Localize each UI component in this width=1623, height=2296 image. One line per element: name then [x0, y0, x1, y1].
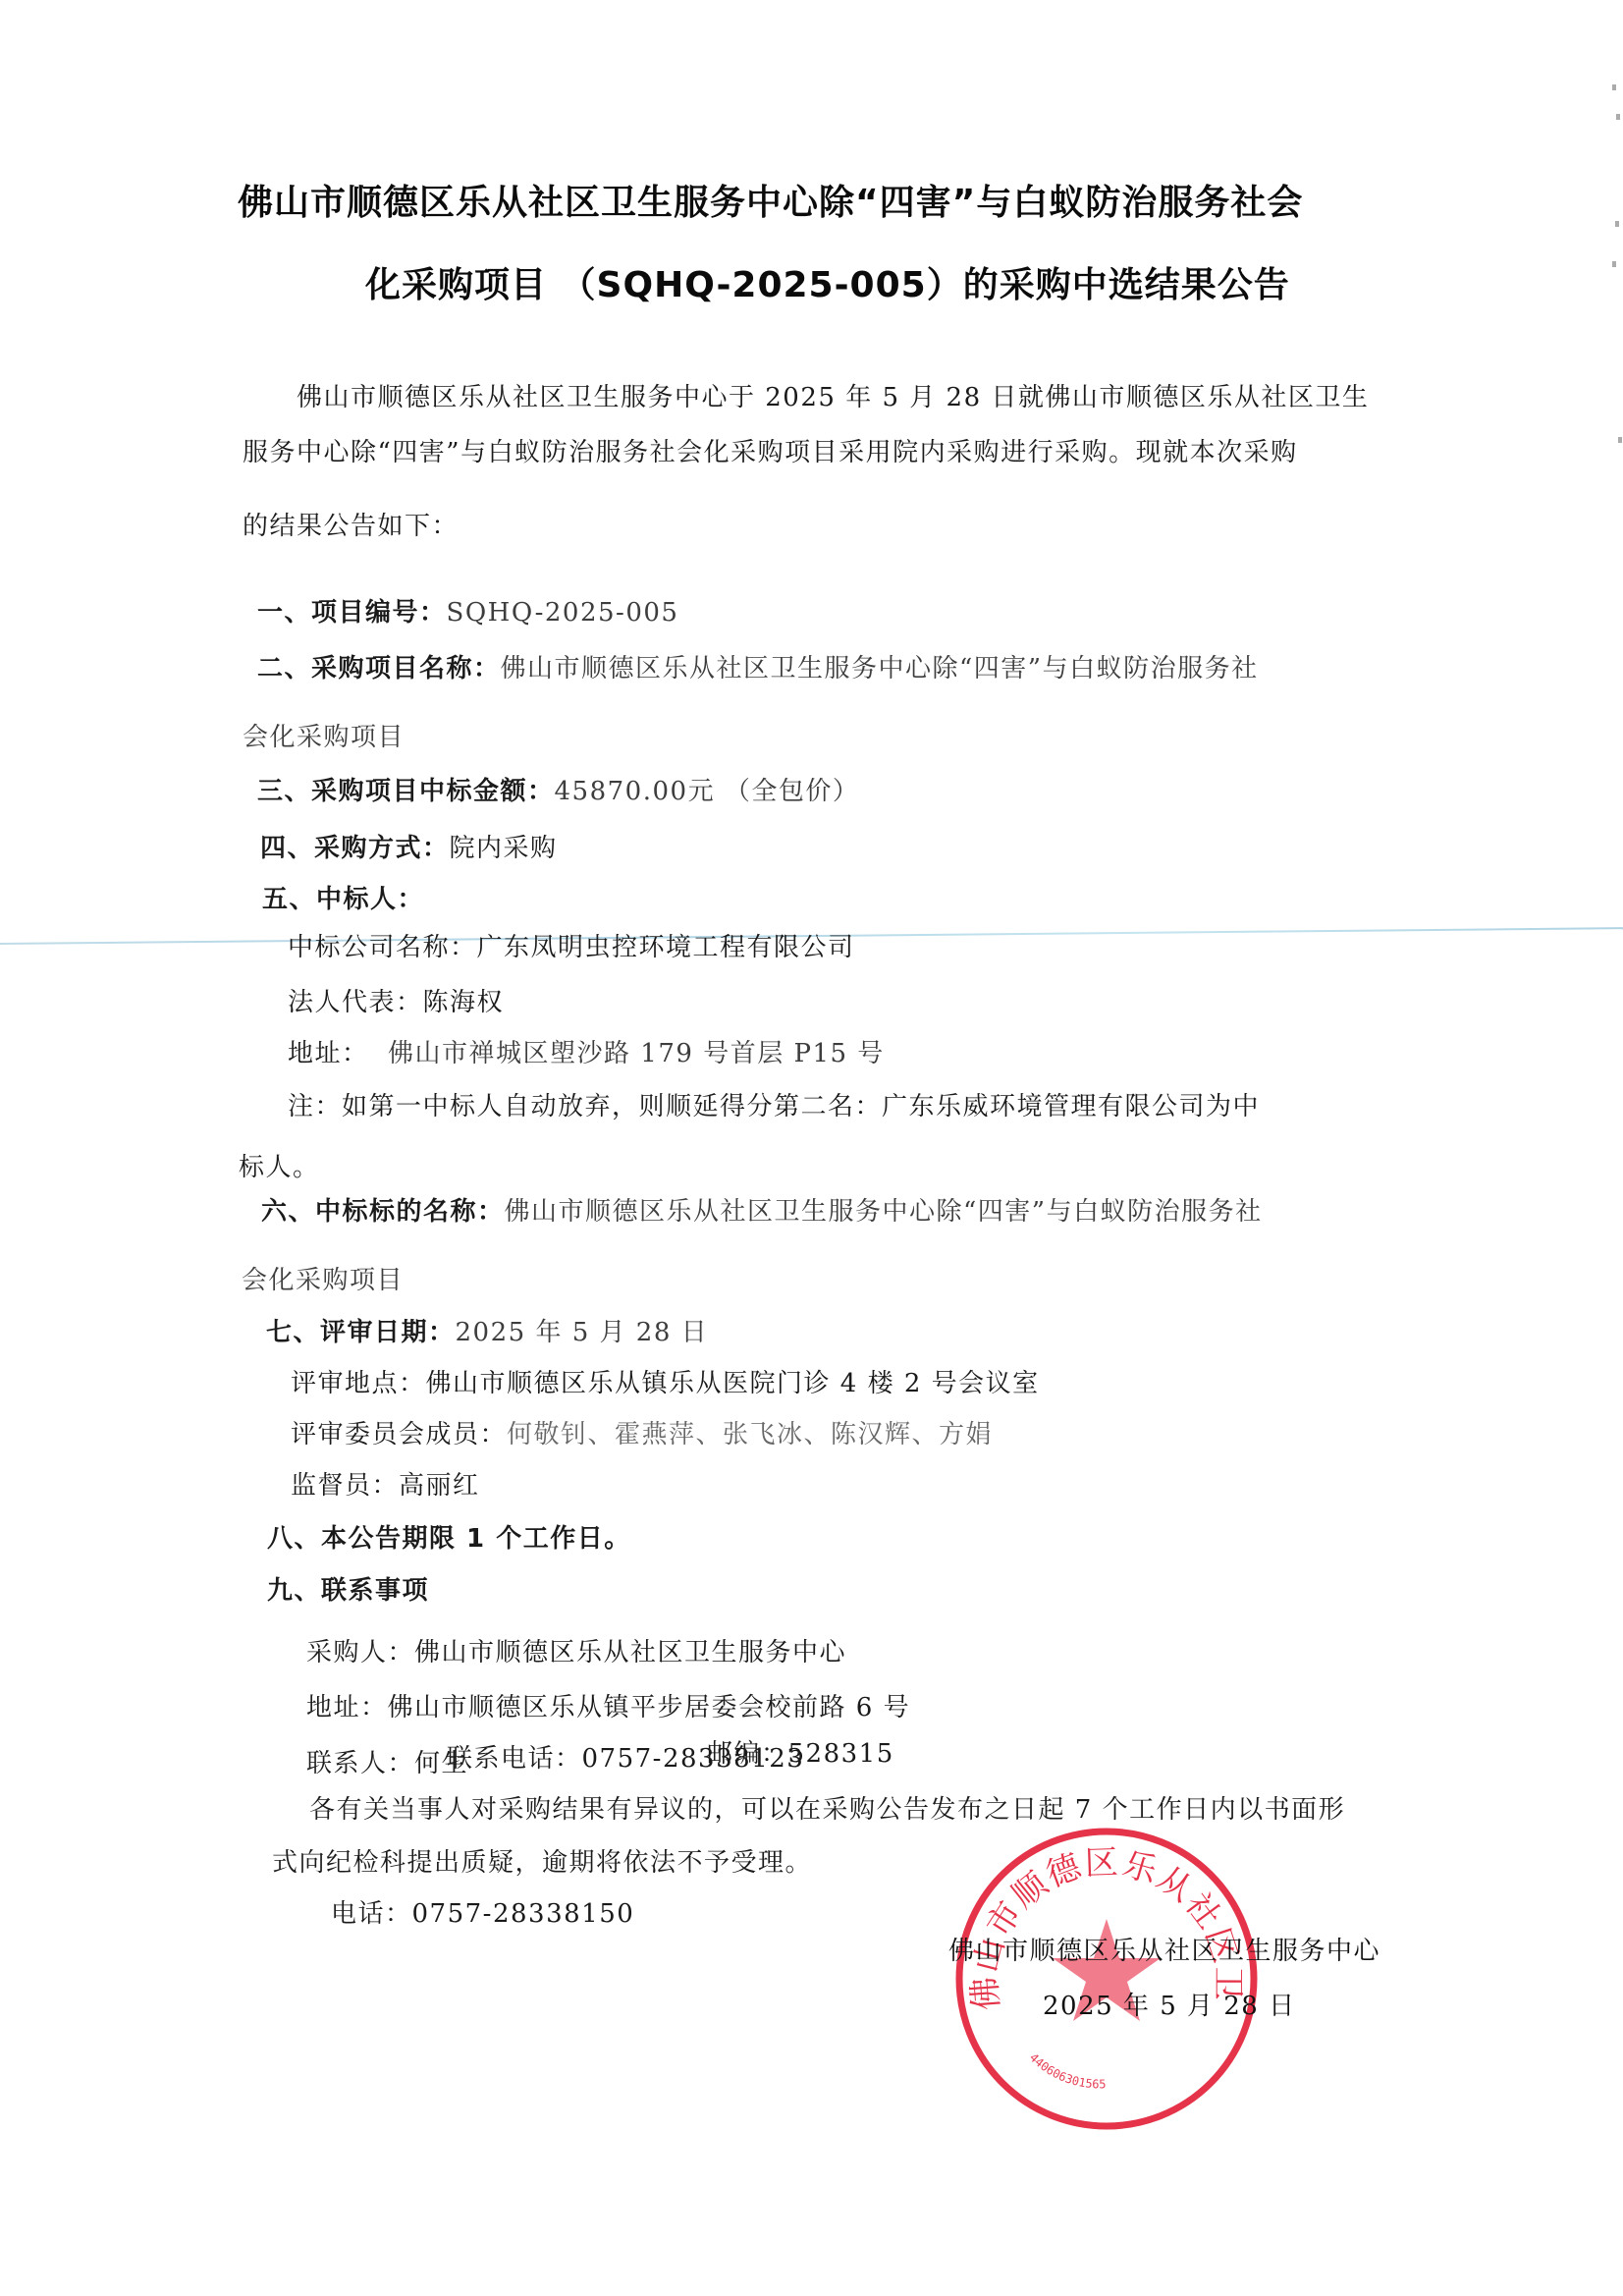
review-supervisor: 监督员：高丽红	[291, 1465, 480, 1502]
winner-company: 中标公司名称：广东凤明虫控环境工程有限公司	[288, 927, 855, 963]
place-label: 评审地点：	[291, 1369, 426, 1398]
contact-address: 地址：佛山市顺德区乐从镇平步居委会校前路 6 号	[306, 1687, 910, 1723]
review-date-value: 2025 年 5 月 28 日	[456, 1318, 709, 1347]
section-review-date: 七、评审日期：2025 年 5 月 28 日	[266, 1312, 708, 1348]
bid-amount-value: 45870.00元 （全包价）	[555, 777, 860, 806]
document-page: 佛山市顺德区乐从社区卫生服务中心除“四害”与白蚁防治服务社会 化采购项目 （SQ…	[0, 0, 1623, 2296]
project-number-value: SQHQ-2025-005	[447, 598, 679, 628]
section-label: 三、采购项目中标金额：	[257, 777, 555, 806]
winner-note: 注：如第一中标人自动放弃，则顺延得分第二名：广东乐威环境管理有限公司为中	[288, 1086, 1260, 1122]
section-contact-label: 九、联系事项	[267, 1570, 429, 1607]
review-committee: 评审委员会成员：何敬钊、霍燕萍、张飞冰、陈汉辉、方娟	[291, 1414, 993, 1450]
supervisor-value: 高丽红	[399, 1471, 480, 1501]
section-project-name: 二、采购项目名称：佛山市顺德区乐从社区卫生服务中心除“四害”与白蚁防治服务社	[257, 648, 1259, 684]
scan-edge-mark	[1616, 114, 1620, 120]
subject-name-continued: 会化采购项目	[242, 1260, 404, 1296]
section-label: 七、评审日期：	[266, 1318, 456, 1347]
section-subject-name: 六、中标标的名称：佛山市顺德区乐从社区卫生服务中心除“四害”与白蚁防治服务社	[261, 1191, 1263, 1228]
supervisor-label: 监督员：	[291, 1471, 399, 1501]
document-title-line-2: 化采购项目 （SQHQ-2025-005）的采购中选结果公告	[365, 257, 1290, 307]
section-label: 二、采购项目名称：	[257, 654, 501, 683]
project-name-value: 佛山市顺德区乐从社区卫生服务中心除“四害”与白蚁防治服务社	[501, 654, 1259, 683]
scan-edge-mark	[1612, 261, 1616, 267]
section-label: 四、采购方式：	[260, 834, 450, 863]
scan-edge-mark	[1618, 437, 1622, 443]
address-value: 佛山市禅城区塱沙路 179 号首层 P15 号	[388, 1039, 885, 1068]
address-label: 地址：	[288, 1039, 369, 1068]
section-procurement-method: 四、采购方式：院内采购	[260, 828, 558, 864]
section-label: 六、中标标的名称：	[261, 1197, 505, 1227]
company-value: 广东凤明虫控环境工程有限公司	[477, 933, 855, 962]
intro-line-3: 的结果公告如下：	[243, 506, 459, 542]
procurement-method-value: 院内采购	[450, 834, 558, 863]
signature-org: 佛山市顺德区乐从社区卫生服务中心	[948, 1931, 1380, 1967]
objection-line-1: 各有关当事人对采购结果有异议的，可以在采购公告发布之日起 7 个工作日内以书面形	[309, 1789, 1345, 1826]
section-notice-period: 八、本公告期限 1 个工作日。	[267, 1518, 631, 1555]
section-project-number: 一、项目编号：SQHQ-2025-005	[257, 592, 678, 629]
contact-postcode: 邮编：528315	[707, 1733, 894, 1770]
rep-value: 陈海权	[423, 988, 505, 1017]
winner-note-continued: 标人。	[239, 1147, 320, 1183]
intro-line-1: 佛山市顺德区乐从社区卫生服务中心于 2025 年 5 月 28 日就佛山市顺德区…	[297, 377, 1369, 413]
document-title-line-1: 佛山市顺德区乐从社区卫生服务中心除“四害”与白蚁防治服务社会	[238, 175, 1303, 225]
objection-phone: 电话：0757-28338150	[331, 1893, 634, 1930]
scan-edge-mark	[1615, 221, 1619, 227]
official-seal-stamp: 佛山市顺德区乐从社区卫生服务中心 4406063015653	[950, 1823, 1263, 2135]
contact-person: 联系人：何生	[306, 1743, 468, 1779]
members-value: 何敬钊、霍燕萍、张飞冰、陈汉辉、方娟	[507, 1420, 993, 1449]
section-label: 一、项目编号：	[257, 598, 447, 628]
winner-address: 地址： 佛山市禅城区塱沙路 179 号首层 P15 号	[288, 1033, 885, 1069]
signature-date: 2025 年 5 月 28 日	[1043, 1986, 1296, 2022]
review-place: 评审地点：佛山市顺德区乐从镇乐从医院门诊 4 楼 2 号会议室	[291, 1363, 1040, 1399]
section-bid-amount: 三、采购项目中标金额：45870.00元 （全包价）	[257, 771, 859, 807]
objection-line-2: 式向纪检科提出质疑，逾期将依法不予受理。	[272, 1842, 812, 1879]
place-value: 佛山市顺德区乐从镇乐从医院门诊 4 楼 2 号会议室	[426, 1369, 1040, 1398]
project-name-continued: 会化采购项目	[243, 717, 405, 753]
intro-line-2: 服务中心除“四害”与白蚁防治服务社会化采购项目采用院内采购进行采购。现就本次采购	[243, 432, 1298, 468]
winner-legal-rep: 法人代表：陈海权	[288, 982, 504, 1018]
contact-buyer: 采购人：佛山市顺德区乐从社区卫生服务中心	[306, 1632, 846, 1668]
section-winner-label: 五、中标人：	[262, 879, 424, 915]
members-label: 评审委员会成员：	[291, 1420, 507, 1449]
company-label: 中标公司名称：	[288, 933, 477, 962]
scan-edge-mark	[1612, 84, 1616, 90]
rep-label: 法人代表：	[288, 988, 423, 1017]
subject-name-value: 佛山市顺德区乐从社区卫生服务中心除“四害”与白蚁防治服务社	[505, 1197, 1263, 1227]
